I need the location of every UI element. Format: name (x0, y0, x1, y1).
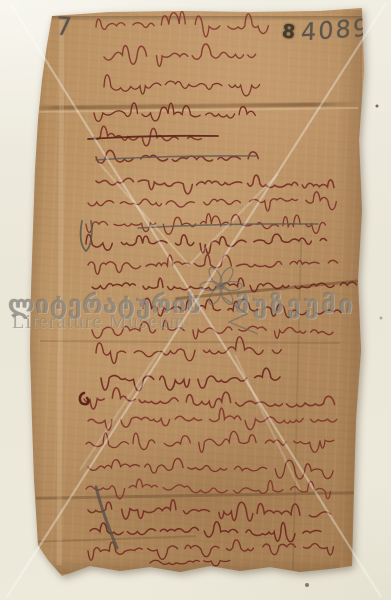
handwriting-line (101, 368, 280, 391)
paper-tone-patch (50, 430, 340, 570)
handwriting-line (86, 213, 326, 236)
handwriting-line (88, 255, 338, 275)
paper-crease (57, 20, 65, 565)
handwriting-line (88, 538, 334, 560)
paper-crease (175, 279, 364, 300)
strikethrough-mark-pencil (138, 224, 318, 228)
inventory-number: 4089 (301, 14, 371, 47)
paper-edge-shading (338, 10, 362, 566)
paper-crease (30, 102, 360, 110)
handwriting-line (96, 336, 282, 364)
handwriting-line (86, 479, 331, 501)
paper-crease (36, 491, 356, 500)
handwriting-line (90, 522, 321, 542)
scanned-manuscript-photo: 7 8 4089 ლიტერატურის მუზეუმი Literature … (0, 0, 391, 600)
handwriting-line (143, 298, 341, 319)
handwriting-line (92, 277, 357, 293)
handwriting-layer (0, 0, 391, 600)
paper-edge-shading (30, 14, 46, 570)
page-number: 7 (55, 11, 73, 41)
handwriting-line (104, 44, 256, 67)
paper-crease (36, 535, 196, 543)
paper-crease (50, 16, 362, 21)
manuscript-paper: 7 8 4089 (0, 0, 391, 600)
handwriting-line (84, 387, 335, 413)
handwriting-line (88, 458, 333, 480)
handwriting-line (94, 126, 201, 146)
handwriting-line (96, 11, 269, 37)
paper-tone-patch (210, 40, 360, 170)
handwriting-initial-letter (80, 393, 89, 404)
handwriting-line (86, 231, 327, 255)
handwriting-line (150, 559, 230, 567)
stamp-mark: 8 (281, 20, 297, 43)
paper-crease (40, 340, 340, 344)
paper-shadow-wrap: 7 8 4089 (0, 0, 391, 600)
paper-edge-shading (40, 558, 340, 574)
handwriting-line (96, 173, 334, 196)
strikethrough-mark-ink (88, 136, 218, 139)
handwriting-line (88, 407, 337, 432)
handwriting-line (94, 102, 256, 123)
handwriting-line (88, 192, 336, 213)
strikethrough-mark-pencil (96, 156, 256, 160)
paper-crease (292, 240, 303, 570)
u-shaped-pencil-mark (81, 221, 92, 251)
handwriting-line (86, 430, 334, 455)
handwriting-line (88, 499, 331, 521)
paper-crease (32, 107, 358, 113)
handwriting-line (96, 150, 258, 166)
paper-tone-patch (60, 150, 300, 260)
bold-pencil-stroke (96, 487, 117, 548)
handwriting-line (92, 319, 333, 340)
handwriting-line (104, 74, 260, 97)
